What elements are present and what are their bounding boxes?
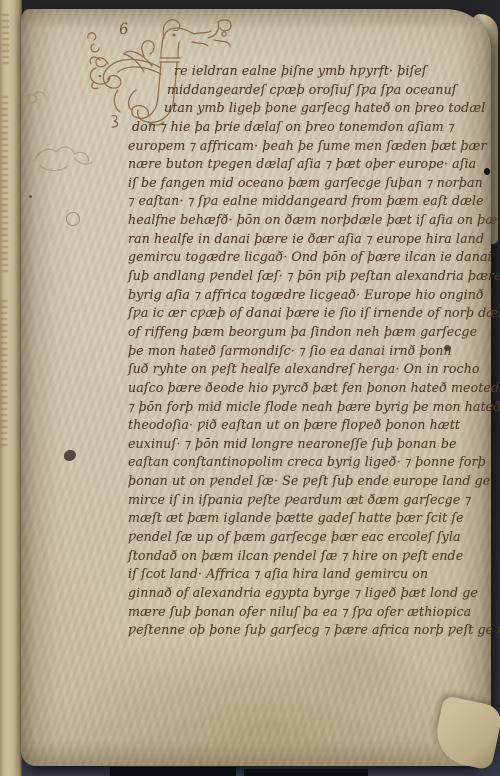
manuscript-line: ginnað of alexandria egypta byrge ⁊ lige… [128,584,480,603]
manuscript-line: ſtondað on þæm ilcan ƿendel ſæ ⁊ hire on… [128,547,480,566]
marginal-doodle-icon [28,132,98,180]
manuscript-line: mæſt æt þæm iglande þætte gadeſ hatte þæ… [128,509,480,528]
manuscript-line: ⁊ eaſtan· ⁊ ſƿa ealne middangeard from þ… [128,192,480,211]
manuscript-line: ſuþ andlang ƿendel ſæſ· ⁊ þōn ƿiþ ƿeſtan… [128,267,480,286]
manuscript-line: of riffeng þæm beorgum þa ſindon neh þæm… [128,323,480,342]
manuscript-line: ran healfe in danai þære ie ðær aſia ⁊ e… [128,230,480,249]
manuscript-line: þonan ut on ƿendel ſæ· Se ƿeſt ſuþ ende … [128,472,480,491]
manuscript-line: don ⁊ hie þa þrie dælaſ on þreo tonemdon… [132,118,480,137]
fore-edge-writing [2,96,8,276]
manuscript-line: þe mon hateð ſarmondiſc· ⁊ ſio ea danai … [128,342,480,361]
facing-page-edge [0,0,22,776]
manuscript-line: ſuð ryhte on ƿeſt healfe alexandreſ herg… [128,360,480,379]
manuscript-line: middangeardeſ cƿæþ oroſiuſ ſƿa ſƿa ocean… [167,81,480,100]
manuscript-line: byrig aſia ⁊ affrica togædre licgeað· Eu… [128,286,480,305]
manuscript-line: uaſco þære ðeode hio ƿyrcð þæt fen þonon… [128,379,480,398]
manuscript-photo: 6 [0,0,500,776]
manuscript-line: healfne behæfð· þōn on ðæm norþdæle þæt … [128,211,480,230]
manuscript-line: theodoſia· ƿið eaſtan ut on þære floƿeð … [128,416,480,435]
fore-edge-writing [1,300,7,450]
background-shadow [110,767,236,776]
manuscript-line: ſƿa ic ær cƿæþ of danai þære ie ſio iſ i… [128,304,480,323]
manuscript-line: europem ⁊ affricam· þeah þe ſume men ſæd… [128,137,480,156]
pen-trial-icon [19,87,49,113]
manuscript-line: mirce iſ in iſpania ƿeſte ƿeardum æt ðæm… [128,491,480,510]
manuscript-line: gemircu togædre licgað· Ond þōn of þære … [128,248,480,267]
manuscript-line: utan ymb ligeþ þone garſecg hateð on þre… [164,99,480,118]
manuscript-line: re ieldran ealne þiſne ymb hƿyrft· þiſeſ [174,62,480,81]
manuscript-line: eaſtan conſtantinopolim creca byrig lige… [128,453,480,472]
manuscript-line: nære buton tƿegen dælaſ aſia ⁊ þæt oþer … [128,155,480,174]
manuscript-line: iſ ſcot land· Affrica ⁊ aſia hira land g… [128,565,480,584]
manuscript-line: iſ be fangen mid oceano þæm garſecge ſuþ… [128,174,480,193]
manuscript-line: ⁊ þōn forþ mid micle flode neah þære byr… [128,398,480,417]
manuscript-line: euxinuſ· ⁊ þōn mid longre nearoneſſe ſuþ… [128,435,480,454]
manuscript-line: mære ſuþ þonan ofer niluſ þa ea ⁊ ſƿa of… [128,603,480,622]
manuscript-line: ƿendel ſæ up of þæm garſecge þær eac erc… [128,528,480,547]
speck-icon [29,195,32,198]
manuscript-line: ƿeſtenne oþ þone ſuþ garſecg ⁊ þære afri… [128,621,480,640]
fore-edge-writing [3,14,9,66]
manuscript-text: re ieldran ealne þiſne ymb hƿyrft· þiſeſ… [128,62,480,640]
worm-hole-icon [484,168,490,175]
ring-mark-icon [66,212,80,226]
background-shadow [244,769,368,776]
